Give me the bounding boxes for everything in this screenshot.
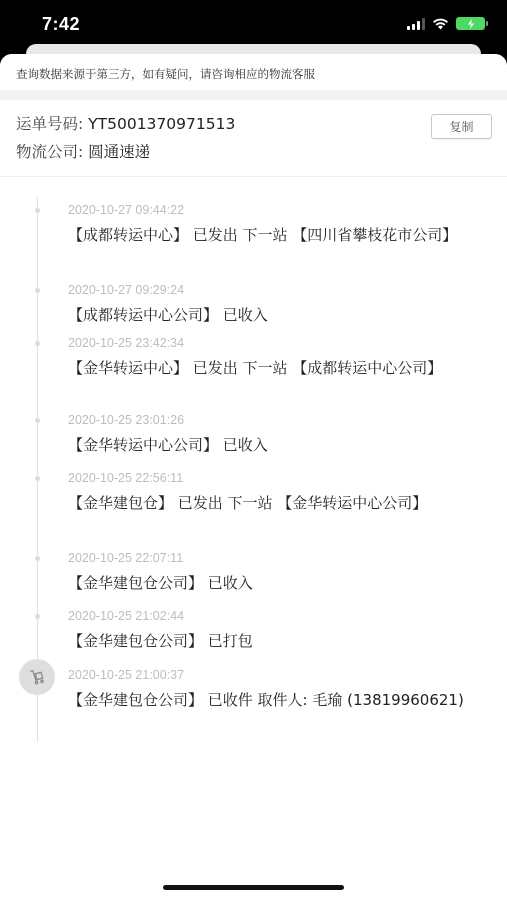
event-time: 2020-10-27 09:44:22: [68, 202, 489, 218]
battery-charging-icon: [456, 17, 485, 30]
event-description: 【金华建包仓公司】 已收入: [68, 574, 489, 592]
hand-truck-icon: [19, 659, 55, 695]
timeline-dot: [35, 288, 40, 293]
timeline-dot: [35, 476, 40, 481]
tracking-number-label: 运单号码:: [16, 115, 83, 133]
timeline-event: 2020-10-25 22:07:11 【金华建包仓公司】 已收入: [68, 550, 489, 608]
cellular-signal-icon: [407, 18, 425, 30]
timeline-dot: [35, 418, 40, 423]
status-bar: 7:42: [0, 0, 507, 50]
event-description: 【金华建包仓公司】 已打包: [68, 632, 489, 650]
carrier-value: 圆通速递: [88, 143, 150, 161]
shipment-info: 运单号码: YT5001370971513 物流公司: 圆通速递 复制: [0, 100, 507, 177]
home-indicator[interactable]: [163, 885, 344, 890]
data-source-notice: 查询数据来源于第三方，如有疑问，请咨询相应的物流客服: [0, 54, 507, 90]
copy-button[interactable]: 复制: [431, 114, 492, 139]
event-time: 2020-10-25 22:07:11: [68, 550, 489, 566]
event-description: 【金华转运中心】 已发出 下一站 【成都转运中心公司】: [68, 359, 489, 377]
event-time: 2020-10-27 09:29:24: [68, 282, 489, 298]
carrier-row: 物流公司: 圆通速递: [16, 138, 491, 166]
tracking-number-value: YT5001370971513: [88, 115, 235, 133]
event-time: 2020-10-25 23:01:26: [68, 412, 489, 428]
status-time: 7:42: [42, 14, 80, 35]
tracking-number-row: 运单号码: YT5001370971513: [16, 110, 491, 138]
logistics-sheet: 查询数据来源于第三方，如有疑问，请咨询相应的物流客服 运单号码: YT50013…: [0, 54, 507, 900]
timeline-event: 2020-10-25 23:01:26 【金华转运中心公司】 已收入: [68, 412, 489, 470]
event-description: 【成都转运中心公司】 已收入: [68, 306, 489, 324]
section-divider: [0, 90, 507, 100]
event-description: 【金华建包仓公司】 已收件 取件人: 毛瑜 (13819960621): [68, 691, 489, 709]
event-time: 2020-10-25 22:56:11: [68, 470, 489, 486]
event-time: 2020-10-25 21:00:37: [68, 667, 489, 683]
timeline-event: 2020-10-25 21:02:44 【金华建包仓公司】 已打包: [68, 608, 489, 667]
status-icons: [407, 17, 485, 30]
timeline-event: 2020-10-25 21:00:37 【金华建包仓公司】 已收件 取件人: 毛…: [68, 667, 489, 737]
timeline-event: 2020-10-27 09:44:22 【成都转运中心】 已发出 下一站 【四川…: [68, 202, 489, 282]
event-time: 2020-10-25 23:42:34: [68, 335, 489, 351]
wifi-icon: [432, 18, 449, 30]
carrier-label: 物流公司:: [16, 143, 83, 161]
event-time: 2020-10-25 21:02:44: [68, 608, 489, 624]
tracking-timeline: 2020-10-27 09:44:22 【成都转运中心】 已发出 下一站 【四川…: [0, 177, 507, 737]
timeline-event: 2020-10-25 22:56:11 【金华建包仓】 已发出 下一站 【金华转…: [68, 470, 489, 550]
event-description: 【金华转运中心公司】 已收入: [68, 436, 489, 454]
timeline-dot: [35, 614, 40, 619]
timeline-event: 2020-10-25 23:42:34 【金华转运中心】 已发出 下一站 【成都…: [68, 335, 489, 412]
timeline-dot: [35, 341, 40, 346]
timeline-dot: [35, 208, 40, 213]
event-description: 【金华建包仓】 已发出 下一站 【金华转运中心公司】: [68, 494, 489, 512]
timeline-dot: [35, 556, 40, 561]
timeline-event: 2020-10-27 09:29:24 【成都转运中心公司】 已收入: [68, 282, 489, 335]
event-description: 【成都转运中心】 已发出 下一站 【四川省攀枝花市公司】: [68, 226, 489, 244]
